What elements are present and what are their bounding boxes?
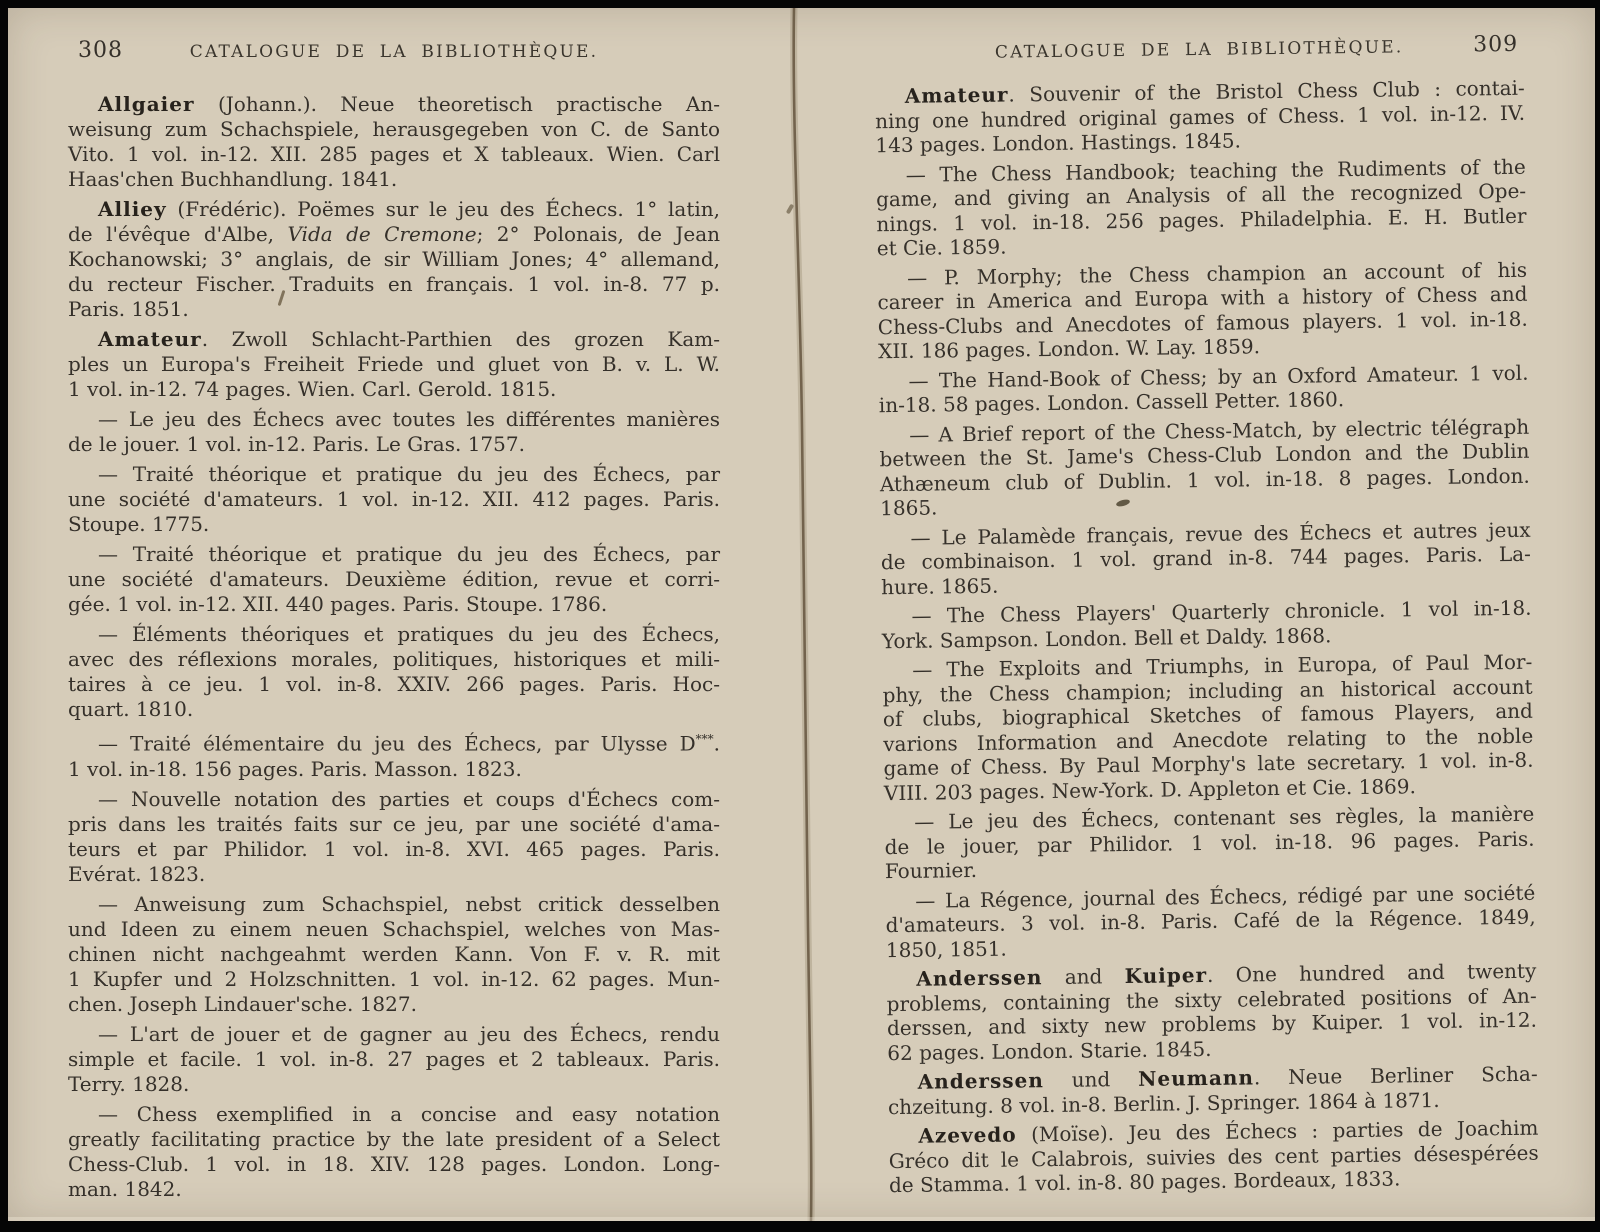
catalog-entry: — Éléments théoriques et pratiques du je… [68,622,720,722]
catalog-entry: Allgaier (Johann.). Neue theoretisch pra… [68,92,720,192]
text-line: ples un Europa's Freiheit Friede und glu… [68,352,720,377]
text-line: Allgaier (Johann.). Neue theoretisch pra… [68,92,720,117]
catalog-entry: — The Hand-Book of Chess; by an Oxford A… [878,360,1529,418]
catalog-entry: — L'art de jouer et de gagner au jeu des… [68,1022,720,1097]
text-line: simple et facile. 1 vol. in-8. 27 pages … [68,1047,720,1072]
text-line: teurs et par Philidor. 1 vol. in-8. XVI.… [68,837,720,862]
text-line: Kochanowski; 3° anglais, de sir William … [68,247,720,272]
catalog-entry: — Le jeu des Échecs, contenant ses règle… [884,802,1535,884]
text-line: une société d'amateurs. 1 vol. in-12. XI… [68,487,720,512]
text-line: — Traité élémentaire du jeu des Échecs, … [68,727,720,757]
catalog-entry: Anderssen and Kuiper. One hundred and tw… [886,959,1537,1065]
text-line: — Anweisung zum Schachspiel, nebst criti… [68,892,720,917]
catalog-entry: Azevedo (Moïse). Jeu des Échecs : partie… [888,1116,1539,1198]
entry-lead: Anderssen [916,965,1042,991]
text-line: und Ideen zu einem neuen Schachspiel, we… [68,917,720,942]
text-line: Vito. 1 vol. in-12. XII. 285 pages et X … [68,142,720,167]
text-line: une société d'amateurs. Deuxième édition… [68,567,720,592]
text-line: de l'évêque d'Albe, Vida de Cremone; 2° … [68,222,720,247]
catalog-entry: — Traité théorique et pratique du jeu de… [68,542,720,617]
text-line: taires à ce jeu. 1 vol. in-8. XXIV. 266 … [68,672,720,697]
text-line: 1 vol. in-18. 156 pages. Paris. Masson. … [68,757,720,782]
book-spread: 308 CATALOGUE DE LA BIBLIOTHÈQUE. Allgai… [8,8,1595,1221]
text-line: chen. Joseph Lindauer'sche. 1827. [68,992,720,1017]
text-line: greatly facilitating practice by the lat… [68,1127,720,1152]
book-scan: 308 CATALOGUE DE LA BIBLIOTHÈQUE. Allgai… [0,0,1600,1232]
page-right-header: CATALOGUE DE LA BIBLIOTHÈQUE. 309 [874,30,1524,73]
text-line: chinen nicht nachgeahmt werden Kann. Von… [68,942,720,967]
text-line: Stoupe. 1775. [68,512,720,537]
text-line: de le jouer. 1 vol. in-12. Paris. Le Gra… [68,432,720,457]
entry-lead: Allgaier [98,92,195,116]
catalog-entry: — Traité théorique et pratique du jeu de… [68,462,720,537]
page-right: CATALOGUE DE LA BIBLIOTHÈQUE. 309 Amateu… [874,30,1539,1203]
text-line: pris dans les traités faits sur ce jeu, … [68,812,720,837]
text-line: gée. 1 vol. in-12. XII. 440 pages. Paris… [68,592,720,617]
text-line: Terry. 1828. [68,1072,720,1097]
text-line: avec des réflexions morales, politiques,… [68,647,720,672]
text-line: — Chess exemplified in a concise and eas… [68,1102,720,1127]
catalog-entry: — The Exploits and Triumphs, in Europa, … [882,650,1534,805]
text-line: man. 1842. [68,1177,720,1202]
entry-lead: Alliey [98,197,167,221]
text-line: 1 Kupfer und 2 Holzschnitten. 1 vol. in-… [68,967,720,992]
catalog-entry: — Chess exemplified in a concise and eas… [68,1102,720,1202]
entry-lead: Amateur [98,327,202,351]
catalog-entry: Amateur. Zwoll Schlacht-Parthien des gro… [68,327,720,402]
catalog-entry: — Anweisung zum Schachspiel, nebst criti… [68,892,720,1017]
text-line: — Nouvelle notation des parties et coups… [68,787,720,812]
running-title-right: CATALOGUE DE LA BIBLIOTHÈQUE. [874,30,1524,65]
catalog-entries-left: Allgaier (Johann.). Neue theoretisch pra… [68,92,720,1202]
text-line: weisung zum Schachspiele, herausgegeben … [68,117,720,142]
running-title-left: CATALOGUE DE LA BIBLIOTHÈQUE. [68,36,720,62]
text-line: — Le jeu des Échecs avec toutes les diff… [68,407,720,432]
text-line: quart. 1810. [68,697,720,722]
text-line: du recteur Fischer. Traduits en français… [68,272,720,297]
catalog-entry: — A Brief report of the Chess-Match, by … [879,414,1530,520]
text-line: — Traité théorique et pratique du jeu de… [68,542,720,567]
catalog-entry: — Le jeu des Échecs avec toutes les diff… [68,407,720,457]
catalog-entry: — The Chess Handbook; teaching the Rudim… [876,154,1527,260]
catalog-entry: Anderssen und Neumann. Neue Berliner Sch… [888,1062,1539,1120]
catalog-entry: — Le Palamède français, revue des Échecs… [880,517,1531,599]
text-line: Amateur. Zwoll Schlacht-Parthien des gro… [68,327,720,352]
catalog-entry: Alliey (Frédéric). Poëmes sur le jeu des… [68,197,720,322]
catalog-entry: — Nouvelle notation des parties et coups… [68,787,720,887]
text-line: Chess-Club. 1 vol. in 18. XIV. 128 pages… [68,1152,720,1177]
page-number-right: 309 [1473,32,1518,58]
catalog-entry: — The Chess Players' Quarterly chronicle… [881,596,1532,654]
catalog-entry: — La Régence, journal des Échecs, rédigé… [885,880,1536,962]
entry-lead: Anderssen [918,1068,1044,1094]
catalog-entries-right: Amateur. Souvenir of the Bristol Chess C… [875,76,1540,1198]
catalog-entry: Amateur. Souvenir of the Bristol Chess C… [875,76,1526,158]
entry-lead: Azevedo [918,1122,1017,1147]
text-line: — Éléments théoriques et pratiques du je… [68,622,720,647]
paper-blemish [786,204,794,215]
text-line: 1 vol. in-12. 74 pages. Wien. Carl. Gero… [68,377,720,402]
text-line: Alliey (Frédéric). Poëmes sur le jeu des… [68,197,720,222]
text-line: Evérat. 1823. [68,862,720,887]
page-left-header: 308 CATALOGUE DE LA BIBLIOTHÈQUE. [68,36,720,70]
page-left: 308 CATALOGUE DE LA BIBLIOTHÈQUE. Allgai… [68,36,720,1207]
text-line: — Traité théorique et pratique du jeu de… [68,462,720,487]
page-number-left: 308 [78,38,123,63]
entry-lead: Amateur [905,83,1009,108]
text-line: Haas'chen Buchhandlung. 1841. [68,167,720,192]
catalog-entry: — Traité élémentaire du jeu des Échecs, … [68,727,720,782]
text-line: — L'art de jouer et de gagner au jeu des… [68,1022,720,1047]
catalog-entry: — P. Morphy; the Chess champion an accou… [877,257,1528,363]
text-line: Paris. 1851. [68,297,720,322]
